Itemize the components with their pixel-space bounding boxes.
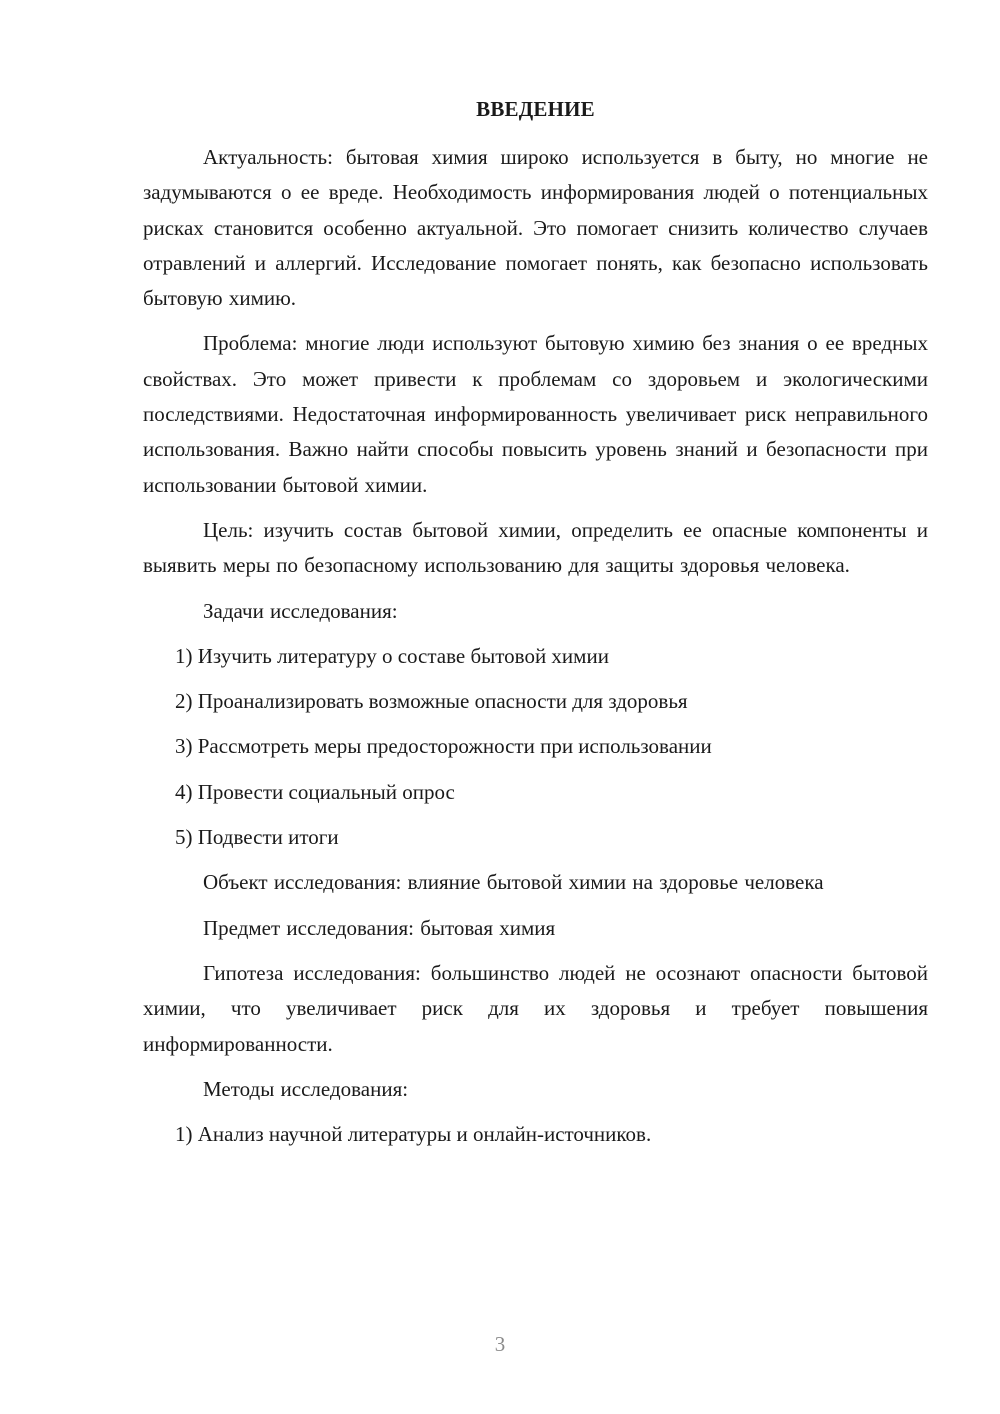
list-item: 1) Изучить литературу о составе бытовой …: [143, 639, 928, 674]
document-page: ВВЕДЕНИЕ Актуальность: бытовая химия шир…: [143, 92, 928, 1162]
list-item-text: Подвести итоги: [198, 825, 339, 849]
list-item-text: Проанализировать возможные опасности для…: [198, 689, 688, 713]
paragraph-goal: Цель: изучить состав бытовой химии, опре…: [143, 513, 928, 584]
list-item: 4) Провести социальный опрос: [143, 775, 928, 810]
methods-heading: Методы исследования:: [143, 1072, 928, 1107]
methods-list: 1) Анализ научной литературы и онлайн-ис…: [143, 1117, 928, 1152]
paragraph-problem: Проблема: многие люди используют бытовую…: [143, 326, 928, 502]
list-item-number: 1): [175, 1122, 193, 1146]
list-item-number: 5): [175, 825, 193, 849]
list-item: 2) Проанализировать возможные опасности …: [143, 684, 928, 719]
list-item-text: Рассмотреть меры предосторожности при ис…: [198, 734, 712, 758]
paragraph-subject: Предмет исследования: бытовая химия: [143, 911, 928, 946]
tasks-heading: Задачи исследования:: [143, 594, 928, 629]
list-item-number: 1): [175, 644, 193, 668]
list-item-number: 4): [175, 780, 193, 804]
list-item-number: 2): [175, 689, 193, 713]
list-item-number: 3): [175, 734, 193, 758]
section-title: ВВЕДЕНИЕ: [143, 92, 928, 127]
page-number: 3: [0, 1332, 1000, 1357]
paragraph-object: Объект исследования: влияние бытовой хим…: [143, 865, 928, 900]
list-item-text: Изучить литературу о составе бытовой хим…: [198, 644, 609, 668]
list-item: 5) Подвести итоги: [143, 820, 928, 855]
tasks-list: 1) Изучить литературу о составе бытовой …: [143, 639, 928, 855]
list-item: 1) Анализ научной литературы и онлайн-ис…: [143, 1117, 928, 1152]
paragraph-hypothesis: Гипотеза исследования: большинство людей…: [143, 956, 928, 1062]
paragraph-relevance: Актуальность: бытовая химия широко испол…: [143, 140, 928, 316]
list-item: 3) Рассмотреть меры предосторожности при…: [143, 729, 928, 764]
list-item-text: Провести социальный опрос: [198, 780, 455, 804]
list-item-text: Анализ научной литературы и онлайн-источ…: [198, 1122, 651, 1146]
